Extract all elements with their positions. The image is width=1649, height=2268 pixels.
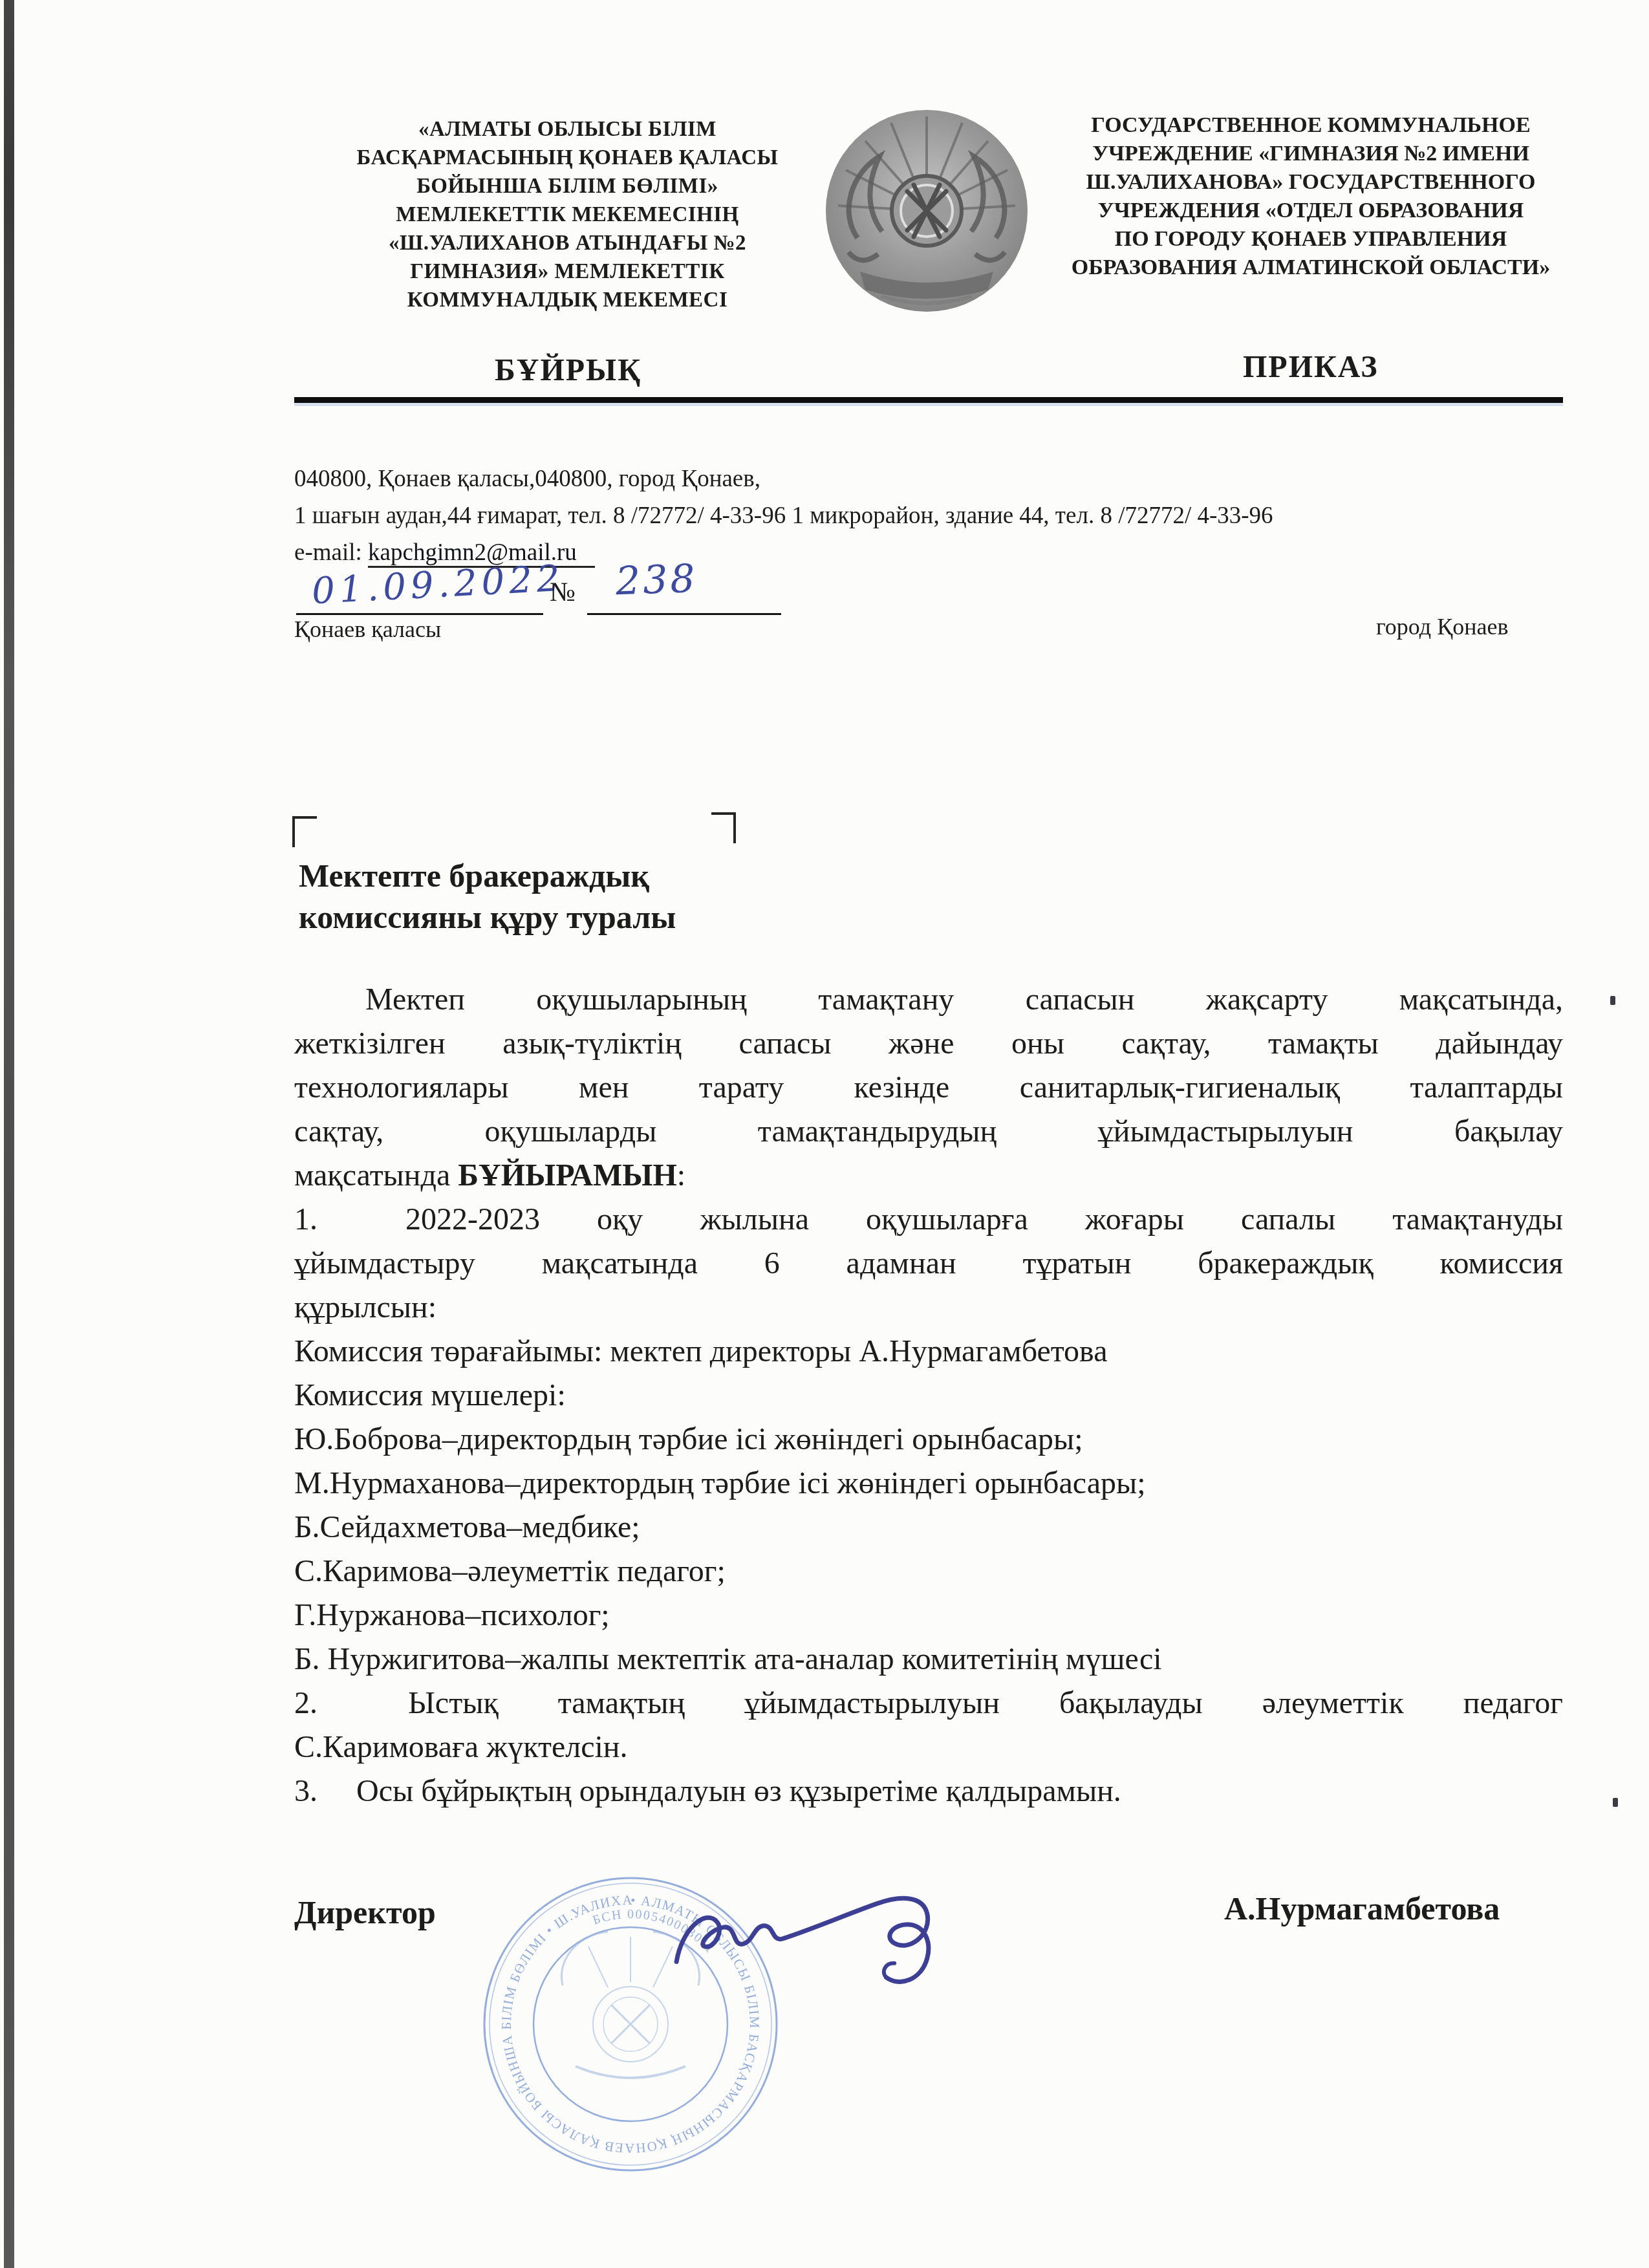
letterhead-line: УЧРЕЖДЕНИЕ «ГИМНАЗИЯ №2 ИМЕНИ xyxy=(1042,140,1579,168)
body-line: мақсатында БҰЙЫРАМЫН: xyxy=(294,1154,1563,1198)
city-russian: город Қонаев xyxy=(1376,613,1508,640)
body-line: М.Нурмаханова–директордың тәрбие ісі жөн… xyxy=(294,1462,1563,1506)
date-underline xyxy=(296,613,543,615)
body-line: Б. Нуржигитова–жалпы мектептік ата-анала… xyxy=(294,1637,1563,1681)
order-title-ru: ПРИКАЗ xyxy=(1243,349,1379,385)
body-line: С.Каримоваға жүктелсін. xyxy=(294,1725,1563,1769)
handwritten-signature-icon xyxy=(656,1844,941,2013)
letterhead-line: МЕМЛЕКЕТТІК МЕКЕМЕСІНІҢ xyxy=(352,200,782,229)
body-line: Б.Сейдахметова–медбике; xyxy=(294,1506,1563,1550)
subject-line-2: комиссияны құру туралы xyxy=(299,896,676,938)
order-subject: Мектепте бракераждық комиссияны құру тур… xyxy=(299,855,676,938)
body-line: Мектеп оқушыларының тамақтану сапасын жа… xyxy=(294,978,1563,1022)
order-title-kk: БҰЙРЫҚ xyxy=(495,352,641,388)
kazakhstan-emblem-icon xyxy=(820,102,1033,322)
body-line: жеткізілген азық-түліктің сапасы және он… xyxy=(294,1022,1563,1066)
corner-bracket-right xyxy=(711,812,736,843)
body-line: Г.Нуржанова–психолог; xyxy=(294,1593,1563,1637)
letterhead-kazakh: «АЛМАТЫ ОБЛЫСЫ БІЛІМБАСҚАРМАСЫНЫҢ ҚОНАЕВ… xyxy=(352,115,782,314)
body-line: технологиялары мен тарату кезінде санита… xyxy=(294,1066,1563,1110)
signer-position: Директор xyxy=(294,1894,436,1931)
letterhead-line: «АЛМАТЫ ОБЛЫСЫ БІЛІМ xyxy=(352,115,782,144)
header-divider xyxy=(294,397,1563,403)
letterhead-line: УЧРЕЖДЕНИЯ «ОТДЕЛ ОБРАЗОВАНИЯ xyxy=(1042,197,1579,225)
body-line: 2. Ыстық тамақтың ұйымдастырылуын бақыла… xyxy=(294,1681,1563,1725)
letterhead-russian: ГОСУДАРСТВЕННОЕ КОММУНАЛЬНОЕУЧРЕЖДЕНИЕ «… xyxy=(1042,111,1579,282)
number-sign: № xyxy=(550,577,576,608)
body-line: ұйымдастыру мақсатында 6 адамнан тұратын… xyxy=(294,1242,1563,1286)
body-line: 3. Осы бұйрықтың орындалуын өз құзыретім… xyxy=(294,1769,1563,1813)
body-line: Ю.Боброва–директордың тәрбие ісі жөнінде… xyxy=(294,1418,1563,1462)
email-label: e-mail: xyxy=(294,539,368,566)
city-kazakh: Қонаев қаласы xyxy=(294,616,441,643)
body-line: сақтау, оқушыларды тамақтандырудың ұйымд… xyxy=(294,1110,1563,1154)
letterhead-line: КОММУНАЛДЫҚ МЕКЕМЕСІ xyxy=(352,286,782,314)
letterhead-line: ГИМНАЗИЯ» МЕМЛЕКЕТТІК xyxy=(352,257,782,286)
letterhead-line: ГОСУДАРСТВЕННОЕ КОММУНАЛЬНОЕ xyxy=(1042,111,1579,140)
body-line: С.Каримова–әлеуметтік педагог; xyxy=(294,1550,1563,1593)
address-line-1: 040800, Қонаев қаласы,040800, город Қона… xyxy=(294,460,1565,497)
address-line-2: 1 шағын аудан,44 ғимарат, тел. 8 /72772/… xyxy=(294,497,1565,534)
body-line: 1. 2022-2023 оқу жылына оқушыларға жоғар… xyxy=(294,1198,1563,1242)
signer-name: А.Нурмагамбетова xyxy=(1224,1890,1500,1927)
subject-line-1: Мектепте бракераждық xyxy=(299,855,676,896)
letterhead-line: БАСҚАРМАСЫНЫҢ ҚОНАЕВ ҚАЛАСЫ xyxy=(352,144,782,172)
order-body: Мектеп оқушыларының тамақтану сапасын жа… xyxy=(294,978,1563,1813)
handwritten-number: 238 xyxy=(615,556,698,604)
letterhead-line: БОЙЫНША БІЛІМ БӨЛІМІ» xyxy=(352,172,782,200)
body-line: Комиссия төрағайымы: мектеп директоры А.… xyxy=(294,1330,1563,1374)
contacts-block: 040800, Қонаев қаласы,040800, город Қона… xyxy=(294,460,1565,571)
number-underline xyxy=(587,613,781,615)
scan-speck xyxy=(1610,996,1615,1005)
letterhead-line: ОБРАЗОВАНИЯ АЛМАТИНСКОЙ ОБЛАСТИ» xyxy=(1042,254,1579,282)
scan-speck xyxy=(1613,1798,1618,1807)
corner-bracket-left xyxy=(292,816,317,847)
scan-edge-artifact xyxy=(4,0,14,2268)
letterhead-line: Ш.УАЛИХАНОВА» ГОСУДАРСТВЕННОГО xyxy=(1042,168,1579,197)
scanned-order-document: «АЛМАТЫ ОБЛЫСЫ БІЛІМБАСҚАРМАСЫНЫҢ ҚОНАЕВ… xyxy=(0,0,1649,2268)
body-line: Комиссия мүшелері: xyxy=(294,1374,1563,1418)
letterhead-line: «Ш.УАЛИХАНОВ АТЫНДАҒЫ №2 xyxy=(352,229,782,257)
body-line: құрылсын: xyxy=(294,1286,1563,1330)
letterhead-line: ПО ГОРОДУ ҚОНАЕВ УПРАВЛЕНИЯ xyxy=(1042,225,1579,254)
